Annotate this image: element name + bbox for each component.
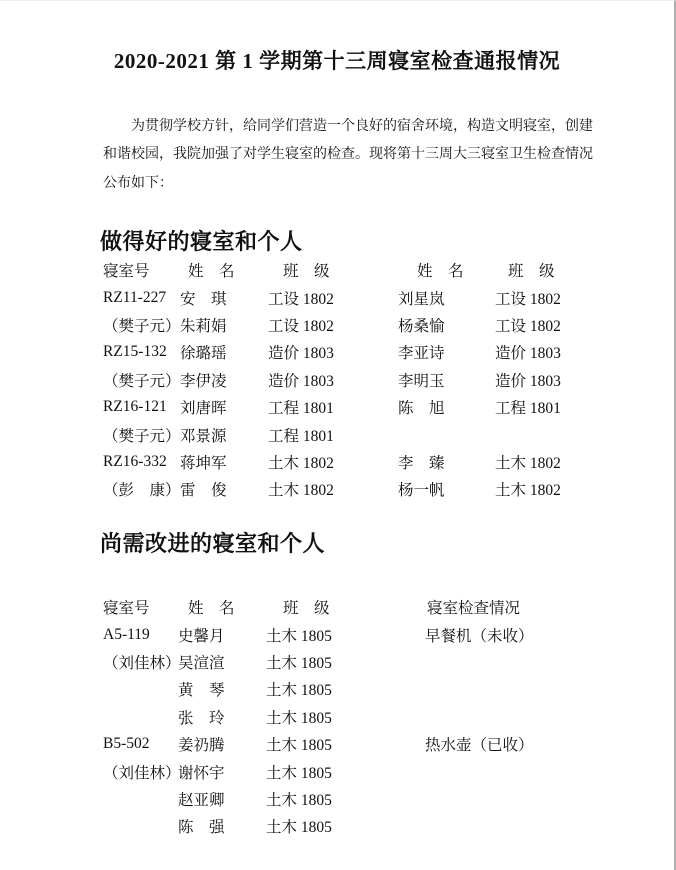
- cell-name1: 李伊凌: [180, 369, 268, 391]
- table-row: （彭 康） 雷 俊 土木 1802 杨一帆 土木 1802: [100, 476, 666, 503]
- cell-name1: 雷 俊: [180, 478, 268, 500]
- column-header-name1: 姓 名: [180, 259, 268, 281]
- cell-class1: 工设 1802: [268, 287, 398, 309]
- table-row: B5-502 姜礽腾 土木 1805 热水壶（已收）: [100, 731, 666, 758]
- improve-table: 寝室号 姓 名 班 级 寝室检查情况 A5-119 史馨月 土木 1805 早餐…: [100, 592, 666, 840]
- cell-name1: 邓景源: [180, 424, 268, 446]
- column-header-room: 寝室号: [100, 259, 180, 281]
- cell-name: 黄 琴: [178, 678, 266, 700]
- table-row: RZ15-132 徐璐瑶 造价 1803 李亚诗 造价 1803: [100, 339, 666, 366]
- cell-class: 土木 1805: [266, 815, 425, 837]
- cell-class: 土木 1805: [266, 788, 425, 810]
- cell-class: 土木 1805: [266, 761, 425, 783]
- cell-class: 土木 1805: [266, 706, 425, 728]
- table-row: （刘佳林） 吴渲渲 土木 1805: [100, 648, 666, 675]
- cell-name2: 李 臻: [398, 451, 495, 473]
- cell-name: 张 玲: [178, 706, 266, 728]
- cell-class1: 工程 1801: [268, 424, 398, 446]
- table-row: （樊子元） 邓景源 工程 1801: [100, 421, 666, 448]
- cell-class1: 工设 1802: [268, 314, 398, 336]
- cell-room: （樊子元）: [100, 369, 180, 391]
- cell-class1: 造价 1803: [268, 369, 398, 391]
- document-title: 2020-2021 第 1 学期第十三周寝室检查通报情况: [0, 45, 674, 75]
- table-row: RZ11-227 安 琪 工设 1802 刘星岚 工设 1802: [100, 284, 666, 311]
- table-row: 赵亚卿 土木 1805: [100, 785, 666, 812]
- cell-room: RZ16-121: [100, 398, 180, 416]
- cell-class1: 土木 1802: [268, 478, 398, 500]
- improve-table-header-row: 寝室号 姓 名 班 级 寝室检查情况: [100, 592, 666, 621]
- good-table-header-row: 寝室号 姓 名 班 级 姓 名 班 级: [100, 255, 666, 284]
- document-page: 2020-2021 第 1 学期第十三周寝室检查通报情况 为贯彻学校方针，给同学…: [0, 0, 676, 870]
- cell-class1: 造价 1803: [268, 341, 398, 363]
- cell-name1: 朱莉娟: [180, 314, 268, 336]
- cell-name1: 蒋坤军: [180, 451, 268, 473]
- column-header-name2: 姓 名: [398, 259, 495, 281]
- cell-class2: 工设 1802: [495, 287, 666, 309]
- cell-name2: 李明玉: [398, 369, 495, 391]
- column-header-class2: 班 级: [495, 259, 666, 281]
- cell-room: （樊子元）: [100, 314, 180, 336]
- cell-name2: 李亚诗: [398, 341, 495, 363]
- cell-name: 赵亚卿: [178, 788, 266, 810]
- cell-room: （刘佳林）: [100, 651, 178, 673]
- table-row: （刘佳林） 谢怀宇 土木 1805: [100, 758, 666, 785]
- column-header-room: 寝室号: [100, 596, 178, 618]
- cell-name: 吴渲渲: [178, 651, 266, 673]
- column-header-status: 寝室检查情况: [425, 596, 666, 618]
- cell-room: RZ11-227: [100, 289, 180, 307]
- cell-status: 早餐机（未收）: [425, 624, 666, 646]
- column-header-name: 姓 名: [178, 596, 266, 618]
- cell-class2: 工程 1801: [495, 396, 666, 418]
- cell-name: 陈 强: [178, 815, 266, 837]
- table-row: （樊子元） 朱莉娟 工设 1802 杨桑愉 工设 1802: [100, 311, 666, 338]
- cell-name: 史馨月: [178, 624, 266, 646]
- cell-room: （彭 康）: [100, 478, 180, 500]
- table-row: A5-119 史馨月 土木 1805 早餐机（未收）: [100, 621, 666, 648]
- cell-name2: 刘星岚: [398, 287, 495, 309]
- cell-class2: 工设 1802: [495, 314, 666, 336]
- good-table: 寝室号 姓 名 班 级 姓 名 班 级 RZ11-227 安 琪 工设 1802…: [100, 255, 666, 503]
- column-header-class1: 班 级: [268, 259, 398, 281]
- cell-room: RZ16-332: [100, 453, 180, 471]
- cell-name2: 杨一帆: [398, 478, 495, 500]
- cell-class: 土木 1805: [266, 678, 425, 700]
- cell-room: （樊子元）: [100, 424, 180, 446]
- cell-room: （刘佳林）: [100, 761, 178, 783]
- table-row: RZ16-121 刘唐晖 工程 1801 陈 旭 工程 1801: [100, 394, 666, 421]
- cell-class2: 造价 1803: [495, 369, 666, 391]
- cell-status: 热水壶（已收）: [425, 733, 666, 755]
- cell-room: B5-502: [100, 735, 178, 753]
- cell-class2: 土木 1802: [495, 451, 666, 473]
- cell-class1: 工程 1801: [268, 396, 398, 418]
- cell-name: 姜礽腾: [178, 733, 266, 755]
- cell-name1: 徐璐瑶: [180, 341, 268, 363]
- table-row: （樊子元） 李伊凌 造价 1803 李明玉 造价 1803: [100, 366, 666, 393]
- intro-line: 和谐校园，我院加强了对学生寝室的检查。现将第十三周大三寝室卫生检查情况: [103, 141, 593, 169]
- table-row: 陈 强 土木 1805: [100, 813, 666, 840]
- intro-line: 为贯彻学校方针，给同学们营造一个良好的宿舍环境，构造文明寝室，创建: [103, 113, 593, 141]
- cell-name1: 安 琪: [180, 287, 268, 309]
- table-row: 张 玲 土木 1805: [100, 703, 666, 730]
- table-row: RZ16-332 蒋坤军 土木 1802 李 臻 土木 1802: [100, 448, 666, 475]
- cell-class: 土木 1805: [266, 733, 425, 755]
- column-header-class: 班 级: [266, 596, 425, 618]
- cell-class2: 土木 1802: [495, 478, 666, 500]
- cell-name2: 杨桑愉: [398, 314, 495, 336]
- cell-name1: 刘唐晖: [180, 396, 268, 418]
- cell-class: 土木 1805: [266, 651, 425, 673]
- cell-name2: 陈 旭: [398, 396, 495, 418]
- section-heading-improve: 尚需改进的寝室和个人: [100, 527, 325, 558]
- cell-name: 谢怀宇: [178, 761, 266, 783]
- cell-room: A5-119: [100, 626, 178, 644]
- section-heading-good: 做得好的寝室和个人: [100, 225, 303, 256]
- table-row: 黄 琴 土木 1805: [100, 676, 666, 703]
- cell-class1: 土木 1802: [268, 451, 398, 473]
- cell-class: 土木 1805: [266, 624, 425, 646]
- intro-line: 公布如下：: [103, 170, 593, 198]
- intro-paragraph: 为贯彻学校方针，给同学们营造一个良好的宿舍环境，构造文明寝室，创建 和谐校园，我…: [103, 113, 593, 198]
- cell-class2: 造价 1803: [495, 341, 666, 363]
- cell-room: RZ15-132: [100, 343, 180, 361]
